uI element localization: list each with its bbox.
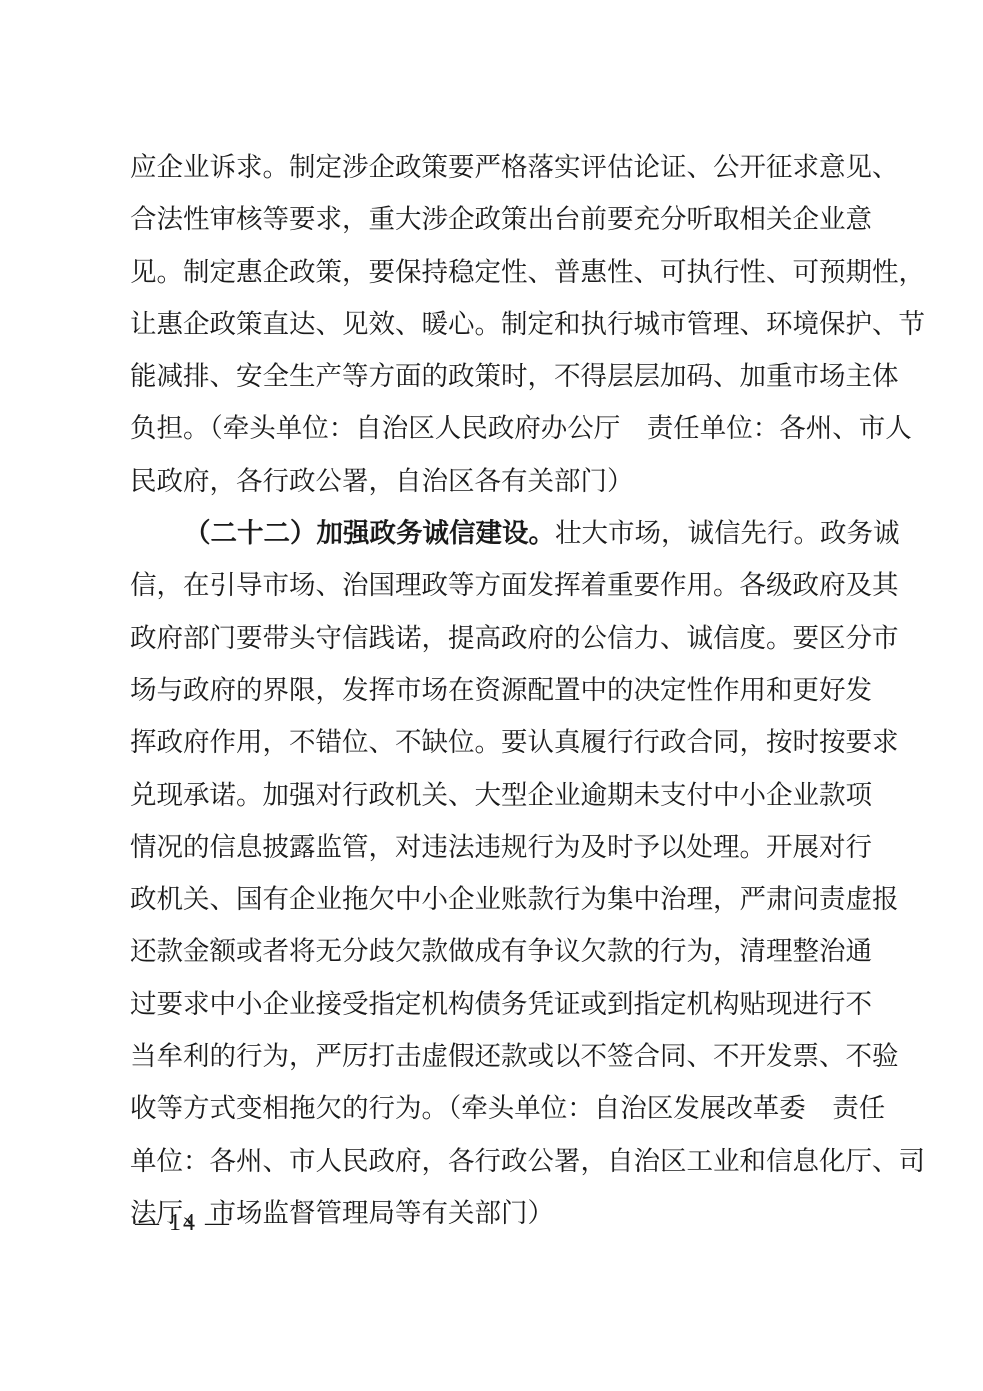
text-line: 能减排、安全生产等方面的政策时，不得层层加码、加重市场主体 <box>130 355 860 407</box>
text-line: 合法性审核等要求，重大涉企政策出台前要充分听取相关企业意 <box>130 198 860 250</box>
text-line: 法厅、市场监督管理局等有关部门） <box>130 1192 860 1244</box>
page-number: — 14 — <box>135 1210 231 1237</box>
text-line: 挥政府作用，不错位、不缺位。要认真履行行政合同，按时按要求 <box>130 721 860 773</box>
section-first-line-text: 壮大市场，诚信先行。政务诚 <box>555 518 900 549</box>
text-line: 情况的信息披露监管，对违法违规行为及时予以处理。开展对行 <box>130 826 860 878</box>
text-line: 当牟利的行为，严厉打击虚假还款或以不签合同、不开发票、不验 <box>130 1035 860 1087</box>
text-line: 政府部门要带头守信践诺，提高政府的公信力、诚信度。要区分市 <box>130 617 860 669</box>
section-first-line: （二十二）加强政务诚信建设。壮大市场，诚信先行。政务诚 <box>130 512 860 564</box>
text-line: 兑现承诺。加强对行政机关、大型企业逾期未支付中小企业款项 <box>130 774 860 826</box>
text-line: 政机关、国有企业拖欠中小企业账款行为集中治理，严肃问责虚报 <box>130 878 860 930</box>
text-line: 收等方式变相拖欠的行为。（牵头单位：自治区发展改革委 责任 <box>130 1087 860 1139</box>
text-line: 还款金额或者将无分歧欠款做成有争议欠款的行为，清理整治通 <box>130 930 860 982</box>
text-line: 过要求中小企业接受指定机构债务凭证或到指定机构贴现进行不 <box>130 983 860 1035</box>
text-line: 负担。（牵头单位：自治区人民政府办公厅 责任单位：各州、市人 <box>130 407 860 459</box>
text-line: 单位：各州、市人民政府，各行政公署，自治区工业和信息化厅、司 <box>130 1140 860 1192</box>
text-line: 让惠企政策直达、见效、暖心。制定和执行城市管理、环境保护、节 <box>130 303 860 355</box>
text-line: 场与政府的界限，发挥市场在资源配置中的决定性作用和更好发 <box>130 669 860 721</box>
document-page: 应企业诉求。制定涉企政策要严格落实评估论证、公开征求意见、 合法性审核等要求，重… <box>130 146 860 1244</box>
text-line: 应企业诉求。制定涉企政策要严格落实评估论证、公开征求意见、 <box>130 146 860 198</box>
text-line: 见。制定惠企政策，要保持稳定性、普惠性、可执行性、可预期性， <box>130 251 860 303</box>
text-line: 民政府，各行政公署，自治区各有关部门） <box>130 460 860 512</box>
section-heading: （二十二）加强政务诚信建设。 <box>184 518 555 549</box>
text-line: 信，在引导市场、治国理政等方面发挥着重要作用。各级政府及其 <box>130 564 860 616</box>
